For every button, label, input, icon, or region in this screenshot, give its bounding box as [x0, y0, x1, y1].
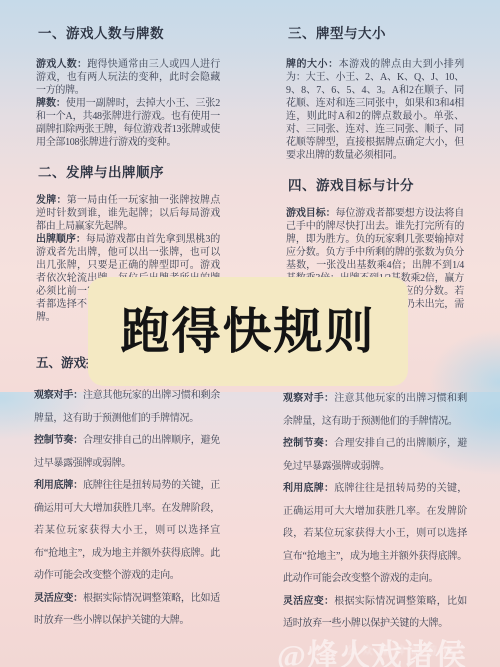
term-label: 出牌顺序：: [36, 234, 86, 245]
term-label: 利用底牌：: [283, 483, 334, 494]
term-text: 底牌往往是扭转局势的关键，正确运用可大大增加获胜几率。在发牌阶段，若某位玩家获得…: [283, 483, 467, 584]
tip-item: 灵活应变：根据实际情况调整策略，比如适时放弃一些小牌以保护关键的大牌。: [34, 588, 220, 633]
section-3-paragraph: 牌的大小：本游戏的牌点由大到小排列为：大王、小王、2、A、K、Q、J、10、9、…: [286, 58, 464, 162]
tip-item: 利用底牌：底牌往往是扭转局势的关键，正确运用可大大增加获胜几率。在发牌阶段，若某…: [34, 475, 220, 588]
term-label: 灵活应变：: [283, 596, 334, 607]
term-label: 牌数：: [36, 98, 66, 109]
section-3-heading: 三、牌型与大小: [288, 26, 464, 42]
watermark-small-text: 公众懂牌谱游戏: [346, 642, 458, 658]
tip-item: 利用底牌：底牌往往是扭转局势的关键，正确运用可大大增加获胜几率。在发牌阶段，若某…: [283, 478, 467, 591]
title-banner: 跑得快规则: [88, 277, 408, 386]
column-bottom-left: 五、游戏技巧 观察对手：注意其他玩家的出牌习惯和剩余牌量，这有助于预测他们的手牌…: [34, 356, 220, 633]
tip-item: 控制节奏：合理安排自己的出牌顺序，避免过早暴露强牌或弱牌。: [34, 430, 220, 475]
term-label: 灵活应变：: [34, 593, 83, 604]
term-label: 观察对手：: [34, 390, 83, 401]
rules-document-page: 一、游戏人数与牌数 游戏人数：跑得快通常由三人或四人进行游戏，也有两人玩法的变种…: [0, 0, 500, 667]
term-label: 游戏人数：: [36, 59, 87, 70]
section-1-paragraph: 游戏人数：跑得快通常由三人或四人进行游戏，也有两人玩法的变种，此时会隐藏一方的牌…: [36, 58, 220, 97]
term-label: 发牌：: [36, 195, 67, 206]
term-text: 底牌往往是扭转局势的关键，正确运用可大大增加获胜几率。在发牌阶段，若某位玩家获得…: [34, 480, 220, 581]
tip-item: 灵活应变：根据实际情况调整策略，比如适时放弃一些小牌以保护关键的大牌。: [283, 591, 467, 636]
column-bottom-right: 观察对手：注意其他玩家的出牌习惯和剩余牌量，这有助于预测他们的手牌情况。 控制节…: [283, 388, 467, 636]
term-label: 利用底牌：: [34, 480, 83, 491]
term-label: 控制节奏：: [34, 435, 83, 446]
page-title: 跑得快规则: [120, 307, 375, 356]
section-1-heading: 一、游戏人数与牌数: [38, 26, 220, 42]
term-label: 观察对手：: [283, 393, 334, 404]
section-2-heading: 二、发牌与出牌顺序: [38, 165, 220, 181]
term-label: 控制节奏：: [283, 438, 334, 449]
term-label: 游戏目标：: [286, 208, 336, 219]
section-4-heading: 四、游戏目标与计分: [288, 178, 464, 194]
term-text: 本游戏的牌点由大到小排列为：大王、小王、2、A、K、Q、J、10、9、8、7、6…: [286, 59, 464, 161]
tip-item: 观察对手：注意其他玩家的出牌习惯和剩余牌量，这有助于预测他们的手牌情况。: [283, 388, 467, 433]
tip-item: 观察对手：注意其他玩家的出牌习惯和剩余牌量，这有助于预测他们的手牌情况。: [34, 385, 220, 430]
section-1-paragraph: 牌数：使用一副牌时，去掉大小王、三张2和一个A，共48张牌进行游戏。也有使用一副…: [36, 97, 220, 149]
term-label: 牌的大小：: [286, 59, 339, 70]
tip-item: 控制节奏：合理安排自己的出牌顺序，避免过早暴露强牌或弱牌。: [283, 433, 467, 478]
section-2-paragraph: 发牌：第一局由任一玩家抽一张牌按牌点逆时针数到谁，谁先起牌；以后每局游戏都由上局…: [36, 194, 220, 233]
